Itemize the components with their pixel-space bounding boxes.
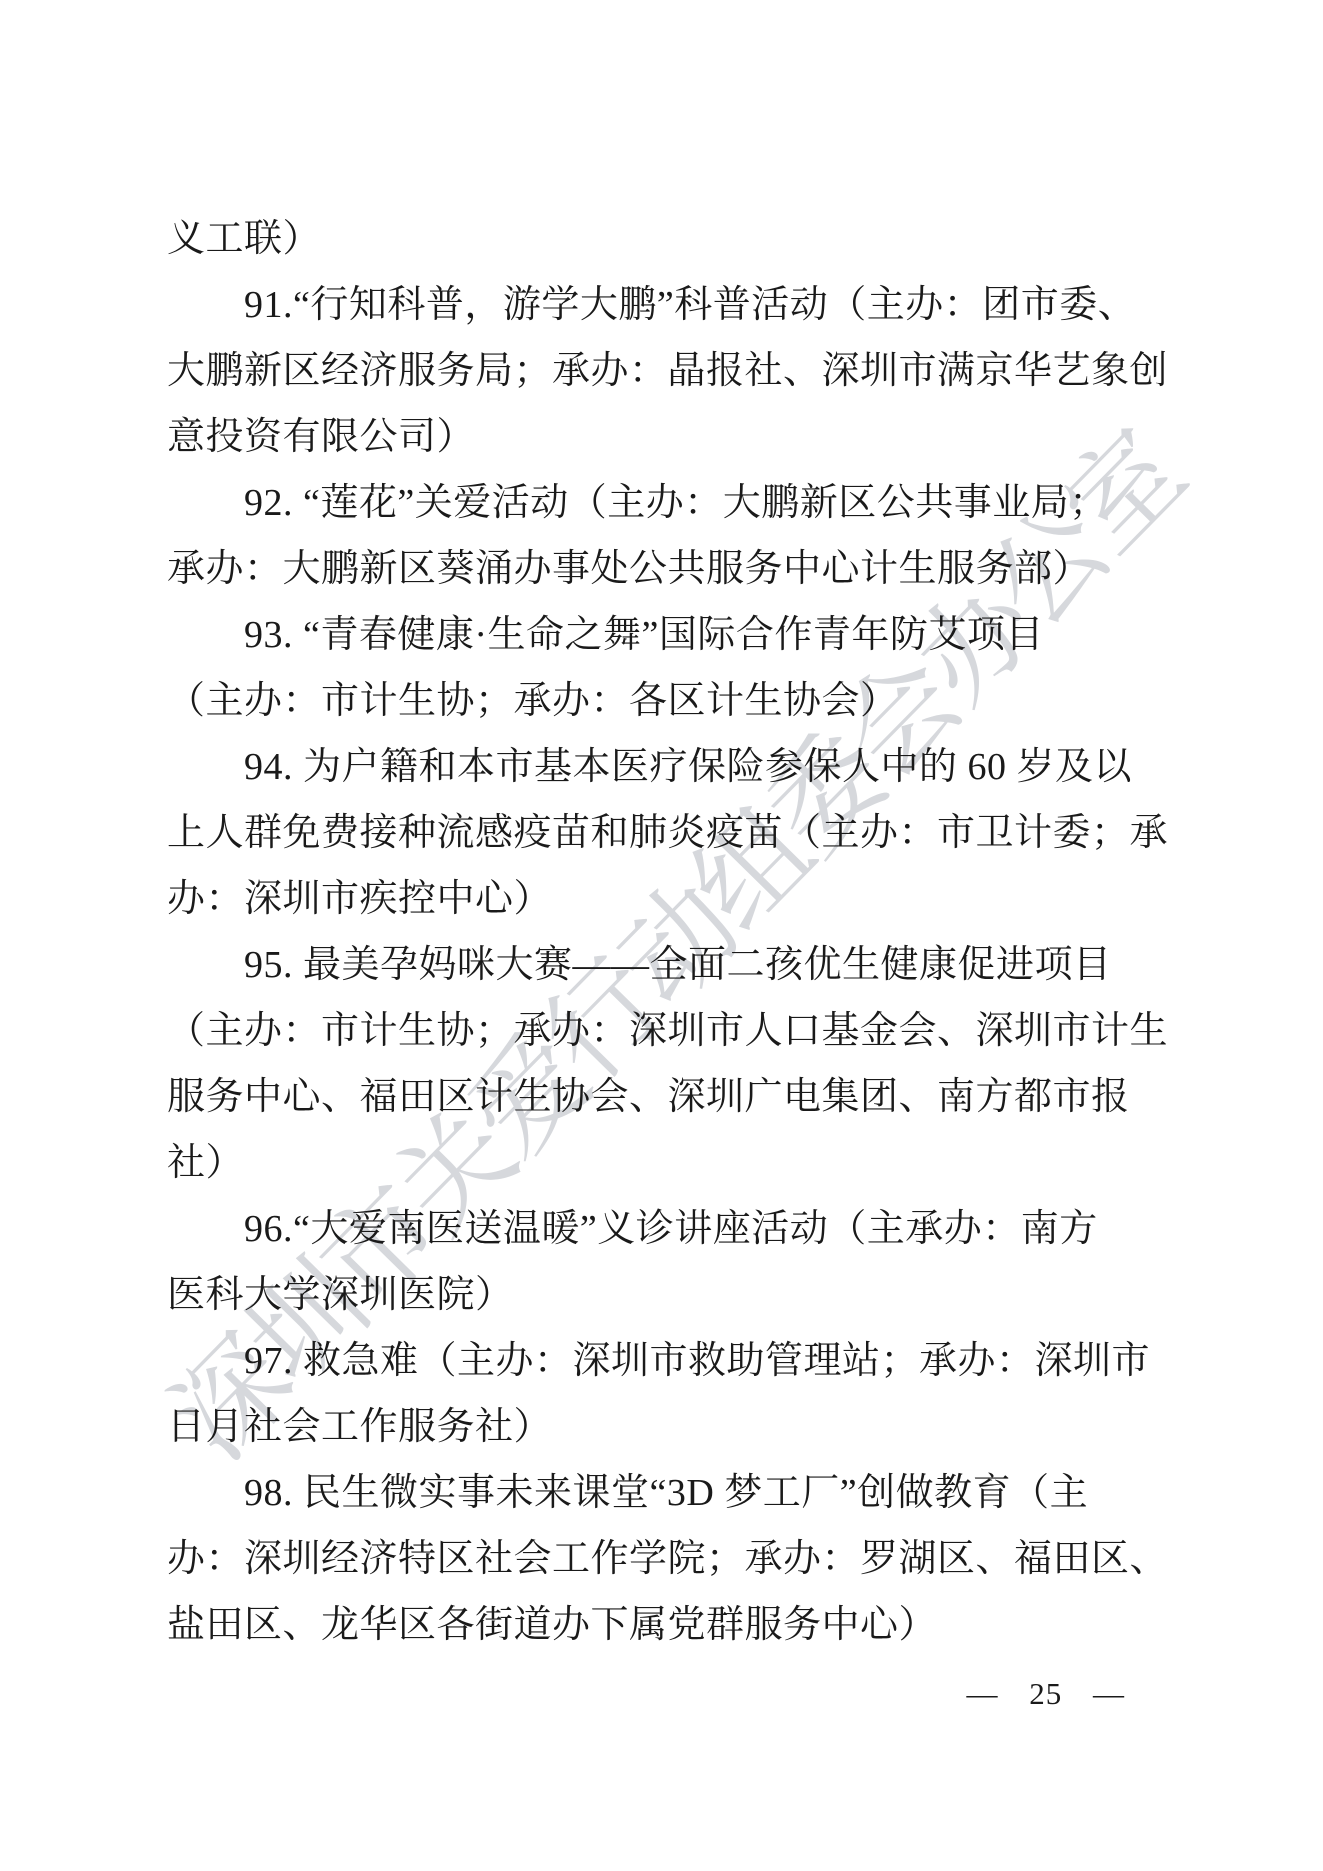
doc-line: 义工联） bbox=[167, 206, 1175, 272]
doc-line: 上人群免费接种流感疫苗和肺炎疫苗（主办：市卫计委；承 bbox=[167, 800, 1175, 866]
doc-line: 日月社会工作服务社） bbox=[167, 1394, 1175, 1460]
document-page: 深圳市关爱行动组委会办公室 义工联） 91.“行知科普，游学大鹏”科普活动（主办… bbox=[0, 0, 1323, 1871]
doc-line: 95. 最美孕妈咪大赛——全面二孩优生健康促进项目 bbox=[167, 932, 1175, 998]
doc-line: 医科大学深圳医院） bbox=[167, 1262, 1175, 1328]
doc-line: 办：深圳市疾控中心） bbox=[167, 866, 1175, 932]
doc-line: 91.“行知科普，游学大鹏”科普活动（主办：团市委、 bbox=[167, 272, 1175, 338]
doc-line: 大鹏新区经济服务局；承办：晶报社、深圳市满京华艺象创 bbox=[167, 338, 1175, 404]
doc-line: （主办：市计生协；承办：各区计生协会） bbox=[167, 668, 1175, 734]
doc-line: 服务中心、福田区计生协会、深圳广电集团、南方都市报 bbox=[167, 1064, 1175, 1130]
doc-line: 意投资有限公司） bbox=[167, 404, 1175, 470]
doc-line: 社） bbox=[167, 1130, 1175, 1196]
doc-line: （主办：市计生协；承办：深圳市人口基金会、深圳市计生 bbox=[167, 998, 1175, 1064]
doc-line: 承办：大鹏新区葵涌办事处公共服务中心计生服务部） bbox=[167, 536, 1175, 602]
doc-line: 办：深圳经济特区社会工作学院；承办：罗湖区、福田区、 bbox=[167, 1526, 1175, 1592]
doc-line: 97. 救急难（主办：深圳市救助管理站；承办：深圳市 bbox=[167, 1328, 1175, 1394]
doc-line: 92. “莲花”关爱活动（主办：大鹏新区公共事业局； bbox=[167, 470, 1175, 536]
doc-line: 94. 为户籍和本市基本医疗保险参保人中的 60 岁及以 bbox=[167, 734, 1175, 800]
footer-dash-left: — bbox=[967, 1676, 999, 1712]
doc-line: 98. 民生微实事未来课堂“3D 梦工厂”创做教育（主 bbox=[167, 1460, 1175, 1526]
doc-line: 96.“大爱南医送温暖”义诊讲座活动（主承办：南方 bbox=[167, 1196, 1175, 1262]
footer-dash-right: — bbox=[1093, 1676, 1125, 1712]
doc-line: 盐田区、龙华区各街道办下属党群服务中心） bbox=[167, 1592, 1175, 1658]
page-footer: — 25 — bbox=[967, 1676, 1126, 1712]
page-number: 25 bbox=[1029, 1676, 1062, 1712]
doc-line: 93. “青春健康·生命之舞”国际合作青年防艾项目 bbox=[167, 602, 1175, 668]
document-body: 义工联） 91.“行知科普，游学大鹏”科普活动（主办：团市委、 大鹏新区经济服务… bbox=[167, 206, 1175, 1658]
